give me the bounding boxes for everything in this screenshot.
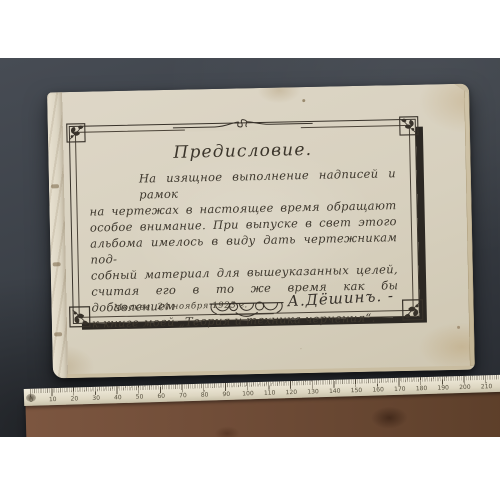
page-stack-edge (464, 90, 475, 366)
ruler-number: 170 (394, 386, 406, 393)
ruler-number: 20 (71, 395, 79, 402)
binding-stitch (51, 184, 59, 188)
floral-corner-ornament-icon (69, 306, 91, 328)
listing-photo: Предисловие. На изящное выполнение надпи… (0, 0, 500, 500)
page-stack-bottom-edge (67, 366, 472, 378)
ruler-number: 140 (329, 388, 341, 395)
ruler-number: 150 (351, 387, 363, 394)
ruler-number: 10 (49, 396, 57, 403)
binding-stitch (53, 262, 61, 266)
ruler-number: 90 (222, 391, 230, 398)
ruler-number: 80 (201, 392, 209, 399)
preface-title: Предисловие. (70, 138, 415, 165)
ruler-number: 60 (157, 393, 165, 400)
ruler-number: 100 (242, 390, 254, 397)
ruler-number: 0 (29, 397, 33, 404)
ruler-number: 180 (416, 385, 428, 392)
ruler-number: 130 (307, 388, 319, 395)
binding-stitch (54, 332, 62, 336)
ruler-number: 50 (136, 393, 144, 400)
ruler-number: 200 (459, 384, 471, 391)
photo-backdrop: Предисловие. На изящное выполнение надпи… (0, 58, 500, 437)
ruler-number: 110 (264, 390, 276, 397)
ruler-number: 40 (114, 394, 122, 401)
ruler-number: 210 (481, 383, 493, 390)
floral-corner-ornament-icon (401, 299, 423, 321)
floral-corner-ornament-icon (399, 116, 419, 136)
ruler-number: 30 (92, 395, 100, 402)
floral-corner-ornament-icon (66, 123, 86, 143)
ruler-number: 70 (179, 392, 187, 399)
foxing-spots (302, 99, 305, 102)
preface-frame: Предисловие. На изящное выполнение надпи… (69, 119, 420, 324)
top-flourish-ornament-icon (172, 114, 312, 133)
ruler-number: 160 (372, 386, 384, 393)
booklet-page: Предисловие. На изящное выполнение надпи… (47, 84, 475, 379)
ruler-number: 120 (286, 389, 298, 396)
ruler-number: 190 (437, 384, 449, 391)
